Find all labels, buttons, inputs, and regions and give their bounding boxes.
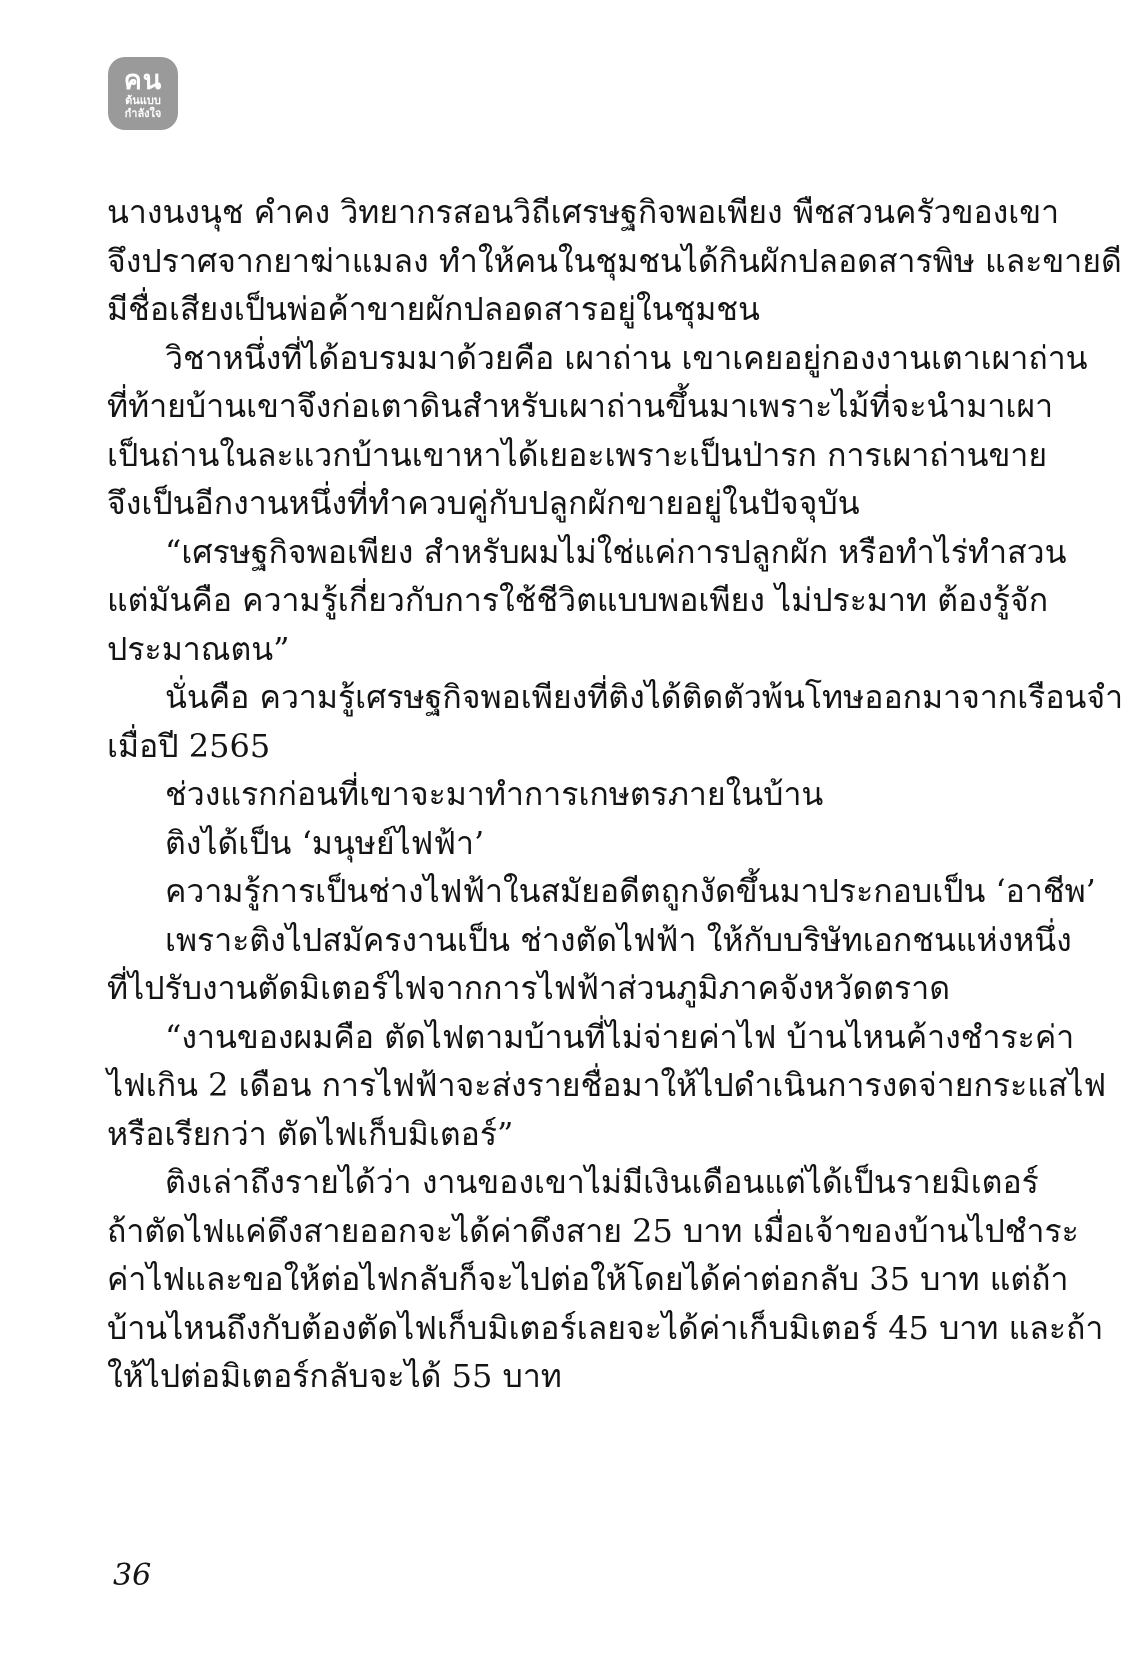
text-line: ติงเล่าถึงรายได้ว่า งานของเขาไม่มีเงินเด… — [107, 1158, 939, 1207]
text-line: นั่นคือ ความรู้เศรษฐกิจพอเพียงที่ติงได้ต… — [107, 673, 939, 722]
text-line: เมื่อปี 2565 — [107, 722, 939, 771]
text-line: นางนงนุช คำคง วิทยากรสอนวิถีเศรษฐกิจพอเพ… — [107, 188, 939, 237]
text-line: ประมาณตน” — [107, 625, 939, 674]
publisher-logo: คน ต้นแบบ กำลังใจ — [108, 57, 178, 130]
text-line: เป็นถ่านในละแวกบ้านเขาหาได้เยอะเพราะเป็น… — [107, 431, 939, 480]
text-line: ที่ท้ายบ้านเขาจึงก่อเตาดินสำหรับเผาถ่านข… — [107, 382, 939, 431]
text-line: จึงเป็นอีกงานหนึ่งที่ทำควบคู่กับปลูกผักข… — [107, 479, 939, 528]
text-line: บ้านไหนถึงกับต้องตัดไฟเก็บมิเตอร์เลยจะได… — [107, 1304, 939, 1353]
text-line: “เศรษฐกิจพอเพียง สำหรับผมไม่ใช่แค่การปลู… — [107, 528, 939, 577]
book-page: คน ต้นแบบ กำลังใจ นางนงนุช คำคง วิทยากรส… — [0, 0, 1126, 1654]
text-line: หรือเรียกว่า ตัดไฟเก็บมิเตอร์” — [107, 1110, 939, 1159]
text-line: ช่วงแรกก่อนที่เขาจะมาทำการเกษตรภายในบ้าน — [107, 770, 939, 819]
body-text: นางนงนุช คำคง วิทยากรสอนวิถีเศรษฐกิจพอเพ… — [107, 188, 939, 1401]
logo-text-sub2: กำลังใจ — [125, 107, 162, 120]
text-line: ให้ไปต่อมิเตอร์กลับจะได้ 55 บาท — [107, 1352, 939, 1401]
page-number: 36 — [113, 1558, 151, 1593]
text-line: ถ้าตัดไฟแค่ดึงสายออกจะได้ค่าดึงสาย 25 บา… — [107, 1207, 939, 1256]
text-line: วิชาหนึ่งที่ได้อบรมมาด้วยคือ เผาถ่าน เขา… — [107, 334, 939, 383]
logo-text-main: คน — [124, 67, 163, 94]
text-line: มีชื่อเสียงเป็นพ่อค้าขายผักปลอดสารอยู่ใน… — [107, 285, 939, 334]
text-line: ที่ไปรับงานตัดมิเตอร์ไฟจากการไฟฟ้าส่วนภู… — [107, 964, 939, 1013]
text-line: เพราะติงไปสมัครงานเป็น ช่างตัดไฟฟ้า ให้ก… — [107, 916, 939, 965]
text-line: “งานของผมคือ ตัดไฟตามบ้านที่ไม่จ่ายค่าไฟ… — [107, 1013, 939, 1062]
text-line: ค่าไฟและขอให้ต่อไฟกลับก็จะไปต่อให้โดยได้… — [107, 1255, 939, 1304]
text-line: ความรู้การเป็นช่างไฟฟ้าในสมัยอดีตถูกงัดข… — [107, 867, 939, 916]
text-line: แต่มันคือ ความรู้เกี่ยวกับการใช้ชีวิตแบบ… — [107, 576, 939, 625]
text-line: ติงได้เป็น ‘มนุษย์ไฟฟ้า’ — [107, 819, 939, 868]
text-line: จึงปราศจากยาฆ่าแมลง ทำให้คนในชุมชนได้กิน… — [107, 237, 939, 286]
text-line: ไฟเกิน 2 เดือน การไฟฟ้าจะส่งรายชื่อมาให้… — [107, 1061, 939, 1110]
logo-text-sub1: ต้นแบบ — [125, 94, 161, 107]
